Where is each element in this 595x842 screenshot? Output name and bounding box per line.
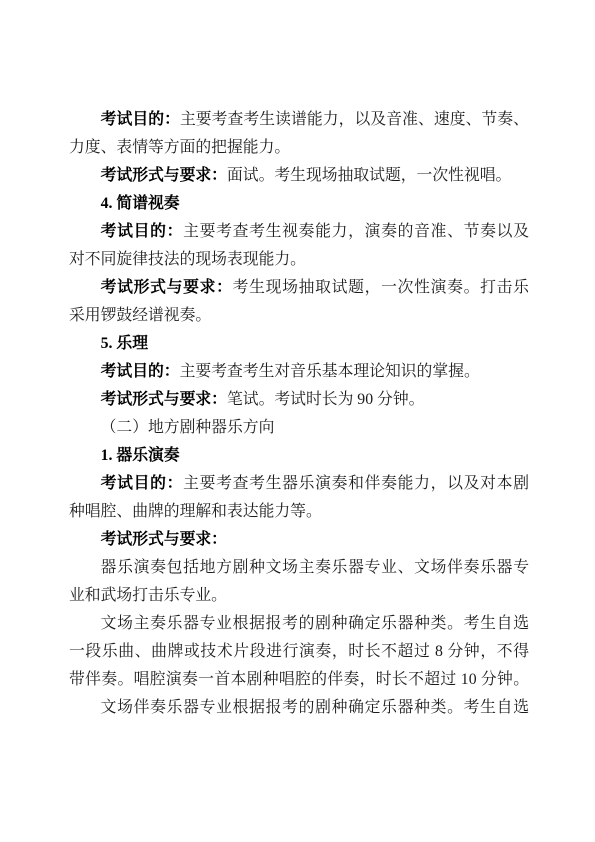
text-line: 考试目的：主要考查考生对音乐基本理论知识的掌握。 — [69, 358, 529, 386]
text-line: 对不同旋律技法的现场表现能力。 — [69, 246, 529, 274]
heading-run: 考试形式与要求： — [101, 167, 227, 184]
text-line: 带伴奏。唱腔演奏一首本剧种唱腔的伴奏，时长不超过 10 分钟。 — [69, 666, 529, 694]
text-line: 考试形式与要求： — [69, 526, 529, 554]
text-run: 文场主奏乐器专业根据报考的剧种确定乐器种类。考生自选 — [101, 615, 529, 632]
text-run: 文场伴奏乐器专业根据报考的剧种确定乐器种类。考生自选 — [101, 699, 529, 716]
heading-run: 考试目的： — [101, 223, 184, 240]
text-run: 业和武场打击乐专业。 — [69, 587, 227, 604]
text-line: 力度、表情等方面的把握能力。 — [69, 134, 529, 162]
text-line: 器乐演奏包括地方剧种文场主奏乐器专业、文场伴奏乐器专 — [69, 554, 529, 582]
heading-run: 考试形式与要求： — [101, 279, 233, 296]
text-line: 采用锣鼓经谱视奏。 — [69, 302, 529, 330]
text-run: 力度、表情等方面的把握能力。 — [69, 139, 290, 156]
document-page: 考试目的：主要考查考生读谱能力，以及音准、速度、节奏、力度、表情等方面的把握能力… — [0, 0, 595, 842]
text-run: 面试。考生现场抽取试题，一次性视唱。 — [227, 167, 511, 184]
text-run: 主要考查考生读谱能力，以及音准、速度、节奏、 — [180, 111, 529, 128]
text-run: 一段乐曲、曲牌或技术片段进行演奏，时长不超过 8 分钟，不得 — [69, 643, 529, 660]
text-line: 1. 器乐演奏 — [69, 442, 529, 470]
text-line: （二）地方剧种器乐方向 — [69, 414, 529, 442]
text-run: 考生现场抽取试题，一次性演奏。打击乐 — [233, 279, 529, 296]
text-line: 考试形式与要求：考生现场抽取试题，一次性演奏。打击乐 — [69, 274, 529, 302]
text-run: （二）地方剧种器乐方向 — [101, 419, 275, 436]
heading-run: 考试目的： — [101, 363, 180, 380]
text-run: 笔试。考试时长为 90 分钟。 — [227, 391, 424, 408]
text-line: 考试形式与要求：笔试。考试时长为 90 分钟。 — [69, 386, 529, 414]
text-line: 考试目的：主要考查考生视奏能力，演奏的音准、节奏以及 — [69, 218, 529, 246]
text-run: 器乐演奏包括地方剧种文场主奏乐器专业、文场伴奏乐器专 — [101, 559, 529, 576]
text-line: 考试目的：主要考查考生读谱能力，以及音准、速度、节奏、 — [69, 106, 529, 134]
text-run: 种唱腔、曲牌的理解和表达能力等。 — [69, 503, 322, 520]
text-run: 带伴奏。唱腔演奏一首本剧种唱腔的伴奏，时长不超过 10 分钟。 — [69, 671, 529, 688]
text-run: 采用锣鼓经谱视奏。 — [69, 307, 211, 324]
text-line: 4. 简谱视奏 — [69, 190, 529, 218]
heading-run: 考试形式与要求： — [101, 531, 227, 548]
document-body: 考试目的：主要考查考生读谱能力，以及音准、速度、节奏、力度、表情等方面的把握能力… — [69, 106, 529, 722]
text-line: 一段乐曲、曲牌或技术片段进行演奏，时长不超过 8 分钟，不得 — [69, 638, 529, 666]
text-run: 主要考查考生器乐演奏和伴奏能力，以及对本剧 — [183, 475, 529, 492]
text-run: 主要考查考生对音乐基本理论知识的掌握。 — [180, 363, 480, 380]
text-line: 文场伴奏乐器专业根据报考的剧种确定乐器种类。考生自选 — [69, 694, 529, 722]
heading-run: 考试目的： — [101, 111, 180, 128]
text-line: 业和武场打击乐专业。 — [69, 582, 529, 610]
text-line: 5. 乐理 — [69, 330, 529, 358]
heading-run: 4. 简谱视奏 — [101, 195, 180, 212]
heading-run: 考试目的： — [101, 475, 184, 492]
text-line: 文场主奏乐器专业根据报考的剧种确定乐器种类。考生自选 — [69, 610, 529, 638]
heading-run: 5. 乐理 — [101, 335, 148, 352]
text-line: 考试形式与要求：面试。考生现场抽取试题，一次性视唱。 — [69, 162, 529, 190]
text-run: 对不同旋律技法的现场表现能力。 — [69, 251, 306, 268]
heading-run: 考试形式与要求： — [101, 391, 227, 408]
heading-run: 1. 器乐演奏 — [101, 447, 180, 464]
text-line: 考试目的：主要考查考生器乐演奏和伴奏能力，以及对本剧 — [69, 470, 529, 498]
text-run: 主要考查考生视奏能力，演奏的音准、节奏以及 — [183, 223, 529, 240]
text-line: 种唱腔、曲牌的理解和表达能力等。 — [69, 498, 529, 526]
